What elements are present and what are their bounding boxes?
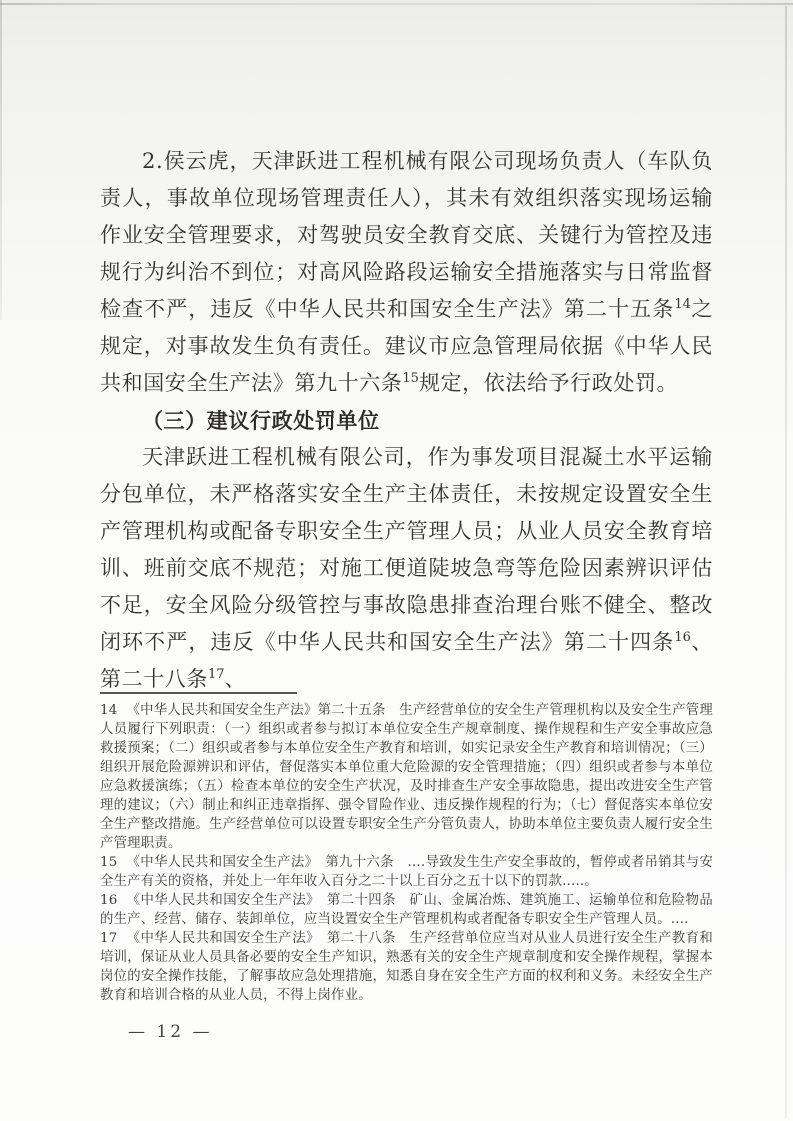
footnote-ref-14: 14	[674, 297, 691, 312]
paragraph-penalty-company: 天津跃进工程机械有限公司，作为事发项目混凝土水平运输分包单位，未严格落实安全生产…	[100, 439, 713, 698]
para2-text-3: 、	[225, 667, 247, 691]
footnote-16: 16《中华人民共和国安全生产法》 第二十四条 矿山、金属冶炼、建筑施工、运输单位…	[100, 891, 713, 929]
footnote-14: 14《中华人民共和国安全生产法》第二十五条 生产经营单位的安全生产管理机构以及安…	[100, 701, 713, 853]
section-heading-penalty-unit: （三）建议行政处罚单位	[100, 402, 713, 439]
footnote-15: 15《中华人民共和国安全生产法》 第九十六条 ....导致发生生产安全事故的，暂…	[100, 853, 713, 891]
main-text-block: 2.侯云虎，天津跃进工程机械有限公司现场负责人（车队负责人，事故单位现场管理责任…	[100, 143, 713, 698]
para1-text-1: 2.侯云虎，天津跃进工程机械有限公司现场负责人（车队负责人，事故单位现场管理责任…	[100, 149, 713, 321]
document-page: 2.侯云虎，天津跃进工程机械有限公司现场负责人（车队负责人，事故单位现场管理责任…	[0, 0, 793, 1121]
footnote-ref-15: 15	[402, 371, 419, 386]
footnote-16-text: 《中华人民共和国安全生产法》 第二十四条 矿山、金属冶炼、建筑施工、运输单位和危…	[100, 893, 713, 927]
footnote-15-number: 15	[100, 855, 126, 870]
footnote-14-number: 14	[100, 703, 126, 718]
page-edge-right-shadow	[785, 6, 787, 1118]
page-edge-top-shadow	[0, 3, 793, 5]
footnote-14-text: 《中华人民共和国安全生产法》第二十五条 生产经营单位的安全生产管理机构以及安全生…	[100, 703, 713, 851]
paragraph-responsible-person: 2.侯云虎，天津跃进工程机械有限公司现场负责人（车队负责人，事故单位现场管理责任…	[100, 143, 713, 402]
para1-text-3: 规定，依法给予行政处罚。	[419, 371, 678, 395]
footnotes-section: 14《中华人民共和国安全生产法》第二十五条 生产经营单位的安全生产管理机构以及安…	[100, 692, 713, 1005]
page-number: — 12 —	[128, 1022, 212, 1042]
footnote-17-number: 17	[100, 931, 126, 946]
page-edge-left-shadow	[0, 0, 2, 320]
footnote-15-text: 《中华人民共和国安全生产法》 第九十六条 ....导致发生生产安全事故的，暂停或…	[100, 855, 713, 889]
footnote-ref-17: 17	[208, 667, 225, 682]
footnote-ref-16: 16	[674, 630, 691, 645]
footnote-17: 17《中华人民共和国安全生产法》 第二十八条 生产经营单位应当对从业人员进行安全…	[100, 929, 713, 1005]
footnote-16-number: 16	[100, 893, 126, 908]
footnote-separator-line	[100, 692, 297, 694]
para2-text-1: 天津跃进工程机械有限公司，作为事发项目混凝土水平运输分包单位，未严格落实安全生产…	[100, 445, 713, 654]
footnote-17-text: 《中华人民共和国安全生产法》 第二十八条 生产经营单位应当对从业人员进行安全生产…	[100, 931, 713, 1003]
